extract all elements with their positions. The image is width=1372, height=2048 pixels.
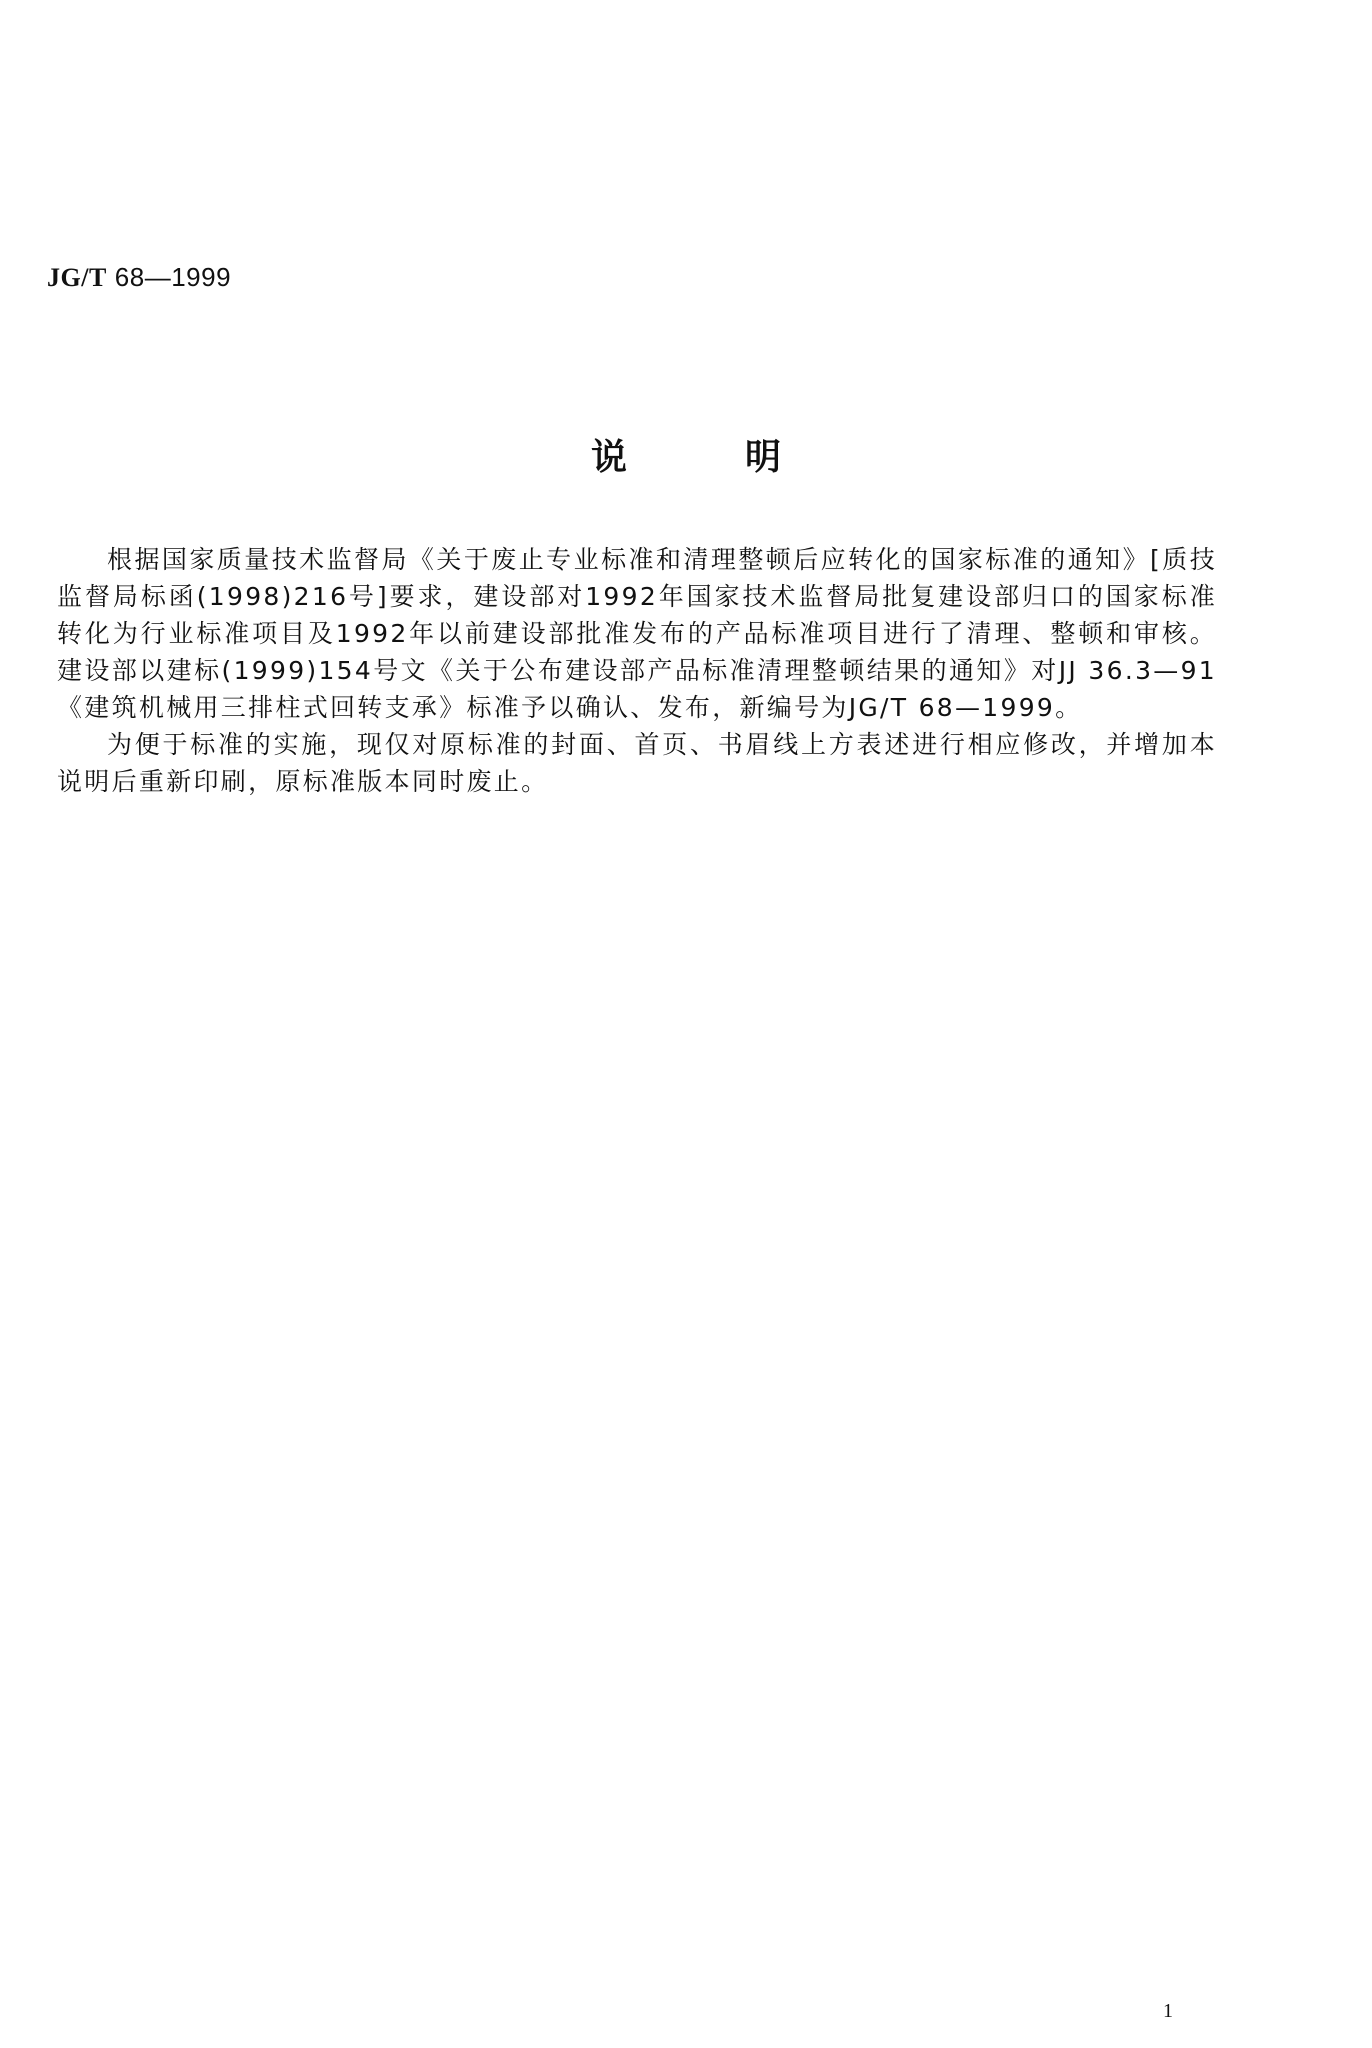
standard-number: 68—1999 (115, 262, 231, 292)
page-title: 说明 (0, 436, 1372, 480)
page-title-char-1: 说 (591, 436, 627, 480)
standard-code-header: JG/T68—1999 (47, 262, 231, 293)
page-title-char-2: 明 (745, 436, 781, 480)
paragraph-2: 为便于标准的实施，现仅对原标准的封面、首页、书眉线上方表述进行相应修改，并增加本… (57, 726, 1217, 800)
paragraph-1: 根据国家质量技术监督局《关于废止专业标准和清理整顿后应转化的国家标准的通知》[质… (57, 541, 1217, 726)
explanation-body: 根据国家质量技术监督局《关于废止专业标准和清理整顿后应转化的国家标准的通知》[质… (57, 541, 1217, 800)
standard-prefix: JG/T (47, 263, 107, 292)
page-number: 1 (1163, 2000, 1173, 2022)
